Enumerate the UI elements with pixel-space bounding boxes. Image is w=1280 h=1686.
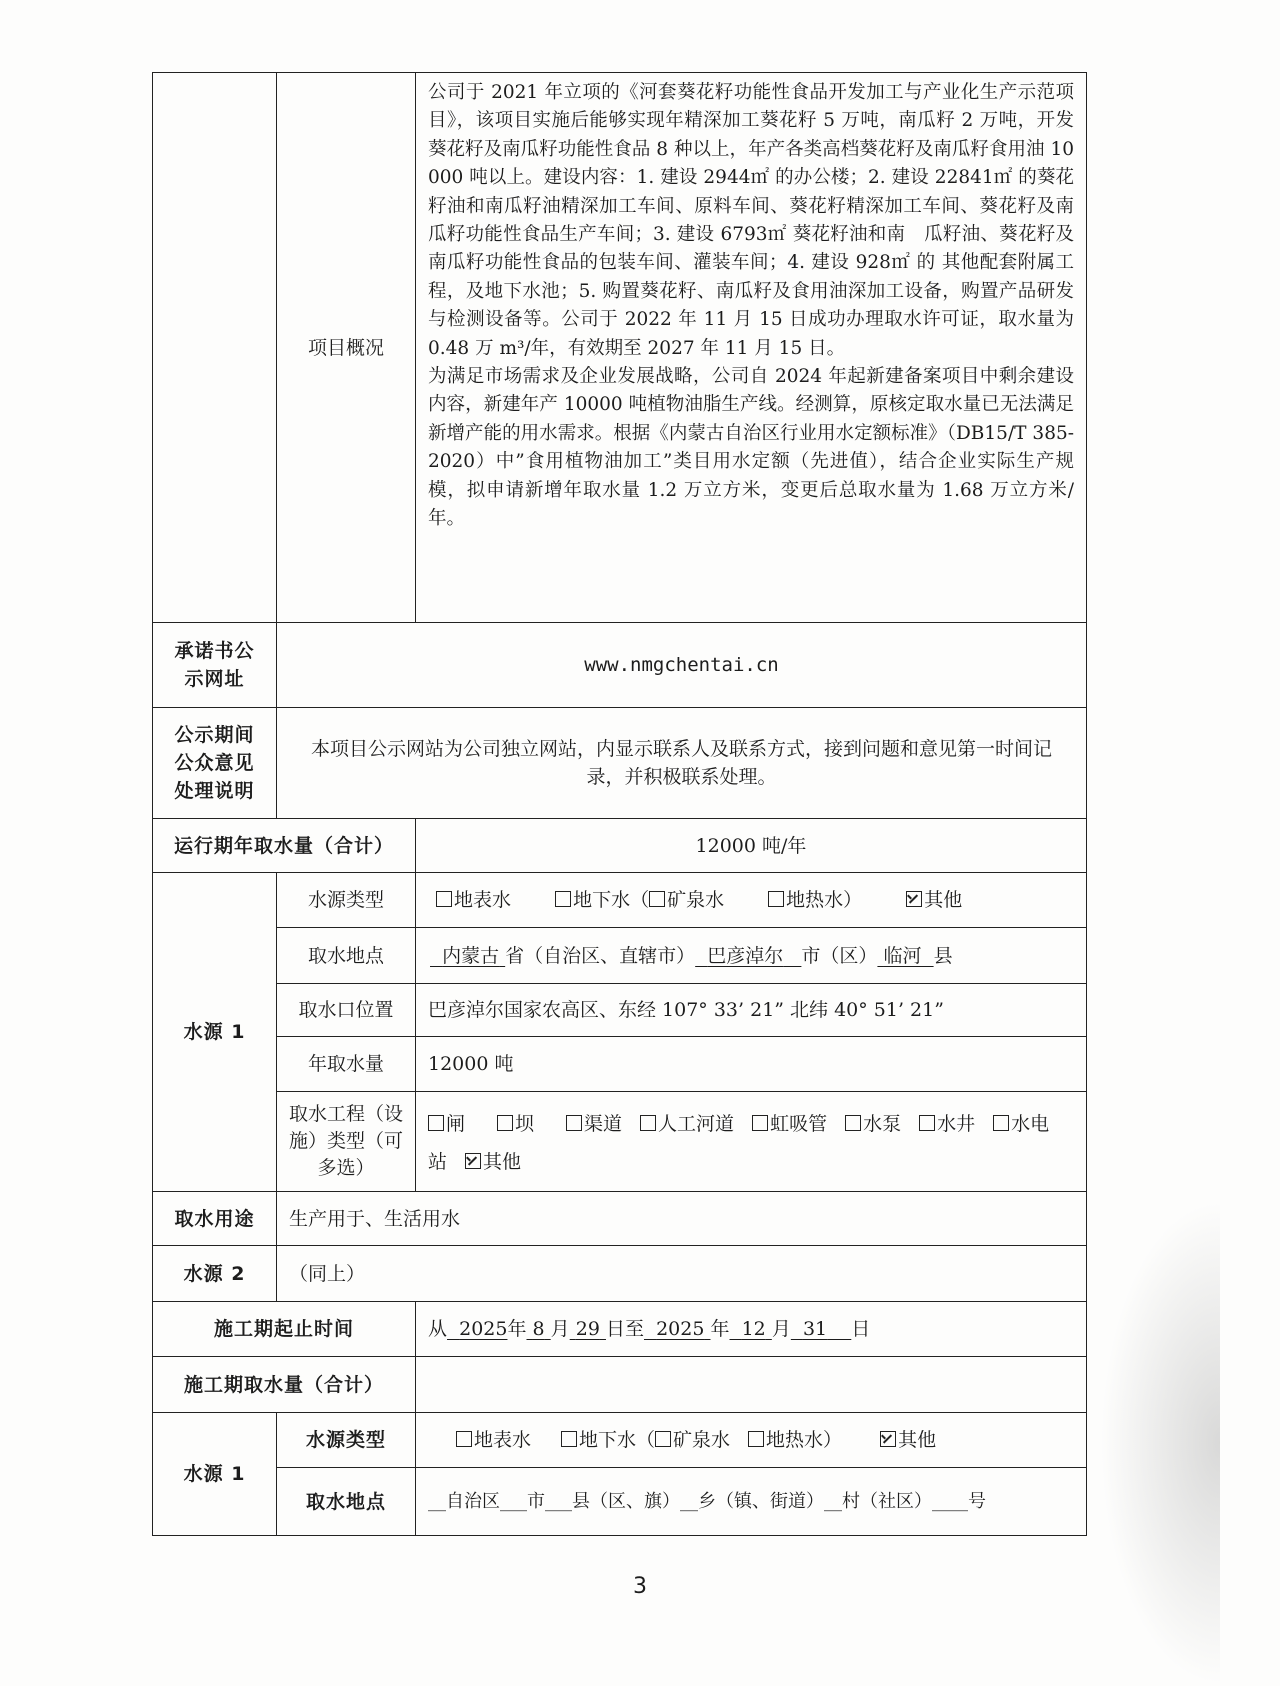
con-source-type-label: 水源类型 [277,1413,416,1468]
checkbox-icon[interactable] [649,891,665,907]
construction-period-label: 施工期起止时间 [153,1302,416,1357]
op-source-type-options: 地表水 地下水（矿泉水 地热水） 其他 [416,873,1087,928]
start-month-field[interactable]: 8 [526,1318,550,1340]
op-intake-position-value: 巴彦淖尔国家农高区、东经 107° 33’ 21” 北纬 40° 51’ 21” [416,984,1087,1037]
public-opinion-value: 本项目公示网站为公司独立网站，内显示联系人及联系方式，接到问题和意见第一时间记录… [277,708,1087,819]
checkbox-checked-icon[interactable] [465,1153,481,1169]
option-dam[interactable]: 坝 [497,1113,534,1135]
option-channel[interactable]: 渠道 [566,1113,622,1135]
water-permit-form: 项目概况 公司于 2021 年立项的《河套葵花籽功能性食品开发加工与产业化生产示… [152,72,1087,1536]
end-month-field[interactable]: 12 [730,1318,772,1340]
checkbox-icon[interactable] [456,1431,472,1447]
start-year-field[interactable]: 2025 [447,1318,507,1340]
row-water-use: 取水用途 生产用于、生活用水 [153,1192,1087,1246]
operation-total-label: 运行期年取水量（合计） [153,819,416,873]
option-mineral-water[interactable]: 矿泉水 [649,889,724,911]
page-shadow [1100,1200,1220,1686]
checkbox-icon[interactable] [993,1115,1009,1131]
overview-paragraph-2: 为满足市场需求及企业发展战略，公司自 2024 年起新建备案项目中剩余建设内容，… [428,363,1074,533]
op-location-value: 内蒙古 省（自治区、直辖市） 巴彦淖尔 市（区） 临河 县 [416,928,1087,984]
checkbox-icon[interactable] [919,1115,935,1131]
checkbox-icon[interactable] [436,891,452,907]
row-construction-period: 施工期起止时间 从 2025年 8 月 29 日至 2025 年 12 月 31… [153,1302,1087,1357]
op-annual-volume-label: 年取水量 [277,1037,416,1092]
end-day-field[interactable]: 31 [791,1318,851,1340]
checkbox-icon[interactable] [845,1115,861,1131]
public-opinion-label: 公示期间公众意见处理说明 [153,708,277,819]
option-siphon[interactable]: 虹吸管 [752,1113,827,1135]
checkbox-icon[interactable] [497,1115,513,1131]
overview-paragraph-1: 公司于 2021 年立项的《河套葵花籽功能性食品开发加工与产业化生产示范项目》，… [428,79,1074,363]
option-mineral-water[interactable]: 矿泉水 [655,1429,730,1451]
source2-label: 水源 2 [153,1246,277,1302]
option-other-facility[interactable]: 其他 [465,1151,521,1173]
row-public-opinion: 公示期间公众意见处理说明 本项目公示网站为公司独立网站，内显示联系人及联系方式，… [153,708,1087,819]
checkbox-icon[interactable] [655,1431,671,1447]
checkbox-icon[interactable] [748,1431,764,1447]
row-op-facility: 取水工程（设施）类型（可多选） 闸坝渠道人工河道虹吸管水泵水井水电站其他 [153,1092,1087,1192]
water-use-value: 生产用于、生活用水 [277,1192,1087,1246]
row-op-intake-position: 取水口位置 巴彦淖尔国家农高区、东经 107° 33’ 21” 北纬 40° 5… [153,984,1087,1037]
option-gate[interactable]: 闸 [428,1113,465,1135]
option-pump[interactable]: 水泵 [845,1113,901,1135]
checkbox-icon[interactable] [752,1115,768,1131]
row-con-location: 取水地点 __自治区___市___县（区、旗）__乡（镇、街道）__村（社区）_… [153,1468,1087,1536]
water-use-label: 取水用途 [153,1192,277,1246]
con-source1-label: 水源 1 [153,1413,277,1536]
option-surface-water[interactable]: 地表水 [436,889,511,911]
row-con-source-type: 水源 1 水源类型 地表水地下水（矿泉水地热水）其他 [153,1413,1087,1468]
op-location-label: 取水地点 [277,928,416,984]
project-overview-text: 公司于 2021 年立项的《河套葵花籽功能性食品开发加工与产业化生产示范项目》，… [416,73,1087,623]
end-year-field[interactable]: 2025 [644,1318,711,1340]
checkbox-icon[interactable] [428,1115,444,1131]
checkbox-icon[interactable] [640,1115,656,1131]
construction-total-value[interactable] [416,1357,1087,1413]
checkbox-checked-icon[interactable] [906,891,922,907]
option-other[interactable]: 其他 [906,889,962,911]
checkbox-icon[interactable] [768,891,784,907]
operation-total-value: 12000 吨/年 [416,819,1087,873]
row-project-overview: 项目概况 公司于 2021 年立项的《河套葵花籽功能性食品开发加工与产业化生产示… [153,73,1087,623]
op-source-type-label: 水源类型 [277,873,416,928]
op-intake-position-label: 取水口位置 [277,984,416,1037]
row-construction-total: 施工期取水量（合计） [153,1357,1087,1413]
option-surface-water[interactable]: 地表水 [456,1429,531,1451]
start-day-field[interactable]: 29 [570,1318,606,1340]
empty-cell [153,73,277,623]
row-source2: 水源 2 （同上） [153,1246,1087,1302]
checkbox-checked-icon[interactable] [880,1431,896,1447]
project-overview-label: 项目概况 [277,73,416,623]
option-artificial-river[interactable]: 人工河道 [640,1113,734,1135]
row-commitment-url: 承诺书公示网址 www.nmgchentai.cn [153,623,1087,708]
op-source1-label: 水源 1 [153,873,277,1192]
city-field[interactable]: 巴彦淖尔 [695,945,801,967]
con-location-value[interactable]: __自治区___市___县（区、旗）__乡（镇、街道）__村（社区）____号 [416,1468,1087,1536]
county-field[interactable]: 临河 [877,945,933,967]
option-geothermal-water[interactable]: 地热水） [768,889,862,911]
row-operation-total: 运行期年取水量（合计） 12000 吨/年 [153,819,1087,873]
op-annual-volume-value: 12000 吨 [416,1037,1087,1092]
op-facility-label: 取水工程（设施）类型（可多选） [277,1092,416,1192]
option-geothermal-water[interactable]: 地热水） [748,1429,842,1451]
con-source-type-options: 地表水地下水（矿泉水地热水）其他 [416,1413,1087,1468]
row-op-location: 取水地点 内蒙古 省（自治区、直辖市） 巴彦淖尔 市（区） 临河 县 [153,928,1087,984]
option-groundwater[interactable]: 地下水（ [561,1429,655,1451]
construction-period-value: 从 2025年 8 月 29 日至 2025 年 12 月 31 日 [416,1302,1087,1357]
checkbox-icon[interactable] [566,1115,582,1131]
option-groundwater[interactable]: 地下水（ [555,889,649,911]
checkbox-icon[interactable] [555,891,571,907]
page-number: 3 [0,1574,1280,1599]
source2-value: （同上） [277,1246,1087,1302]
checkbox-icon[interactable] [561,1431,577,1447]
option-other[interactable]: 其他 [880,1429,936,1451]
province-field[interactable]: 内蒙古 [430,945,505,967]
row-op-annual-volume: 年取水量 12000 吨 [153,1037,1087,1092]
op-facility-options: 闸坝渠道人工河道虹吸管水泵水井水电站其他 [416,1092,1087,1192]
commitment-url-label: 承诺书公示网址 [153,623,277,708]
commitment-url-value[interactable]: www.nmgchentai.cn [277,623,1087,708]
row-op-source-type: 水源 1 水源类型 地表水 地下水（矿泉水 地热水） 其他 [153,873,1087,928]
con-location-label: 取水地点 [277,1468,416,1536]
construction-total-label: 施工期取水量（合计） [153,1357,416,1413]
option-well[interactable]: 水井 [919,1113,975,1135]
